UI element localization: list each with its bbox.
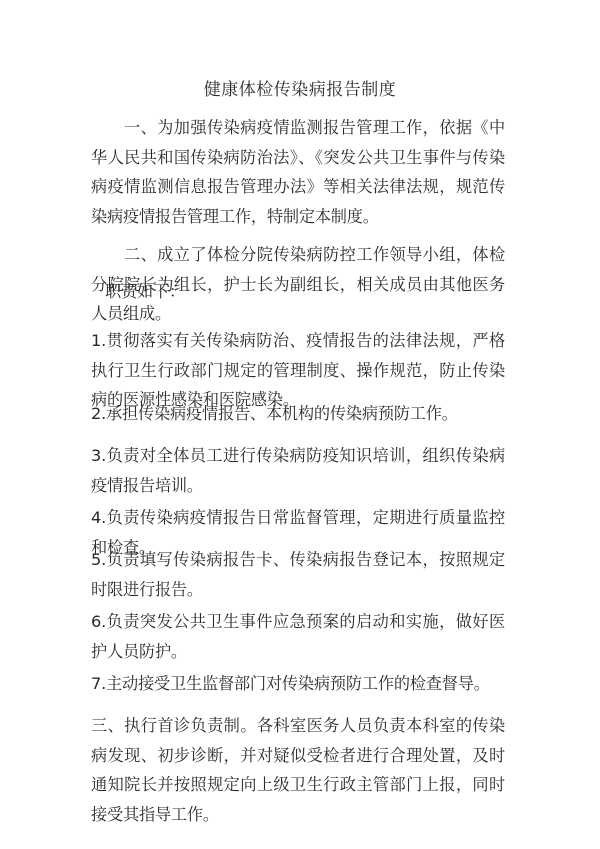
duty-item-7: 7.主动接受卫生监督部门对传染病预防工作的检查督导。 xyxy=(91,669,505,699)
paragraph-1: 一、为加强传染病疫情监测报告管理工作，依据《中华人民共和国传染病防治法》、《突发… xyxy=(91,113,505,231)
document-title: 健康体检传染病报告制度 xyxy=(0,75,600,100)
document-page: 健康体检传染病报告制度 一、为加强传染病疫情监测报告管理工作，依据《中华人民共和… xyxy=(0,0,600,849)
duty-item-3: 3.负责对全体员工进行传染病防疫知识培训，组织传染病疫情报告培训。 xyxy=(91,441,505,500)
paragraph-3: 三、执行首诊负责制。各科室医务人员负责本科室的传染病发现、初步诊断，并对疑似受检… xyxy=(91,711,505,829)
duty-item-2: 2.承担传染病疫情报告、本机构的传染病预防工作。 xyxy=(91,399,505,429)
duties-heading: 职责如下： xyxy=(91,277,505,307)
duty-item-5: 5.负责填写传染病报告卡、传染病报告登记本，按照规定时限进行报告。 xyxy=(91,545,505,604)
duty-item-6: 6.负责突发公共卫生事件应急预案的启动和实施，做好医护人员防护。 xyxy=(91,607,505,666)
